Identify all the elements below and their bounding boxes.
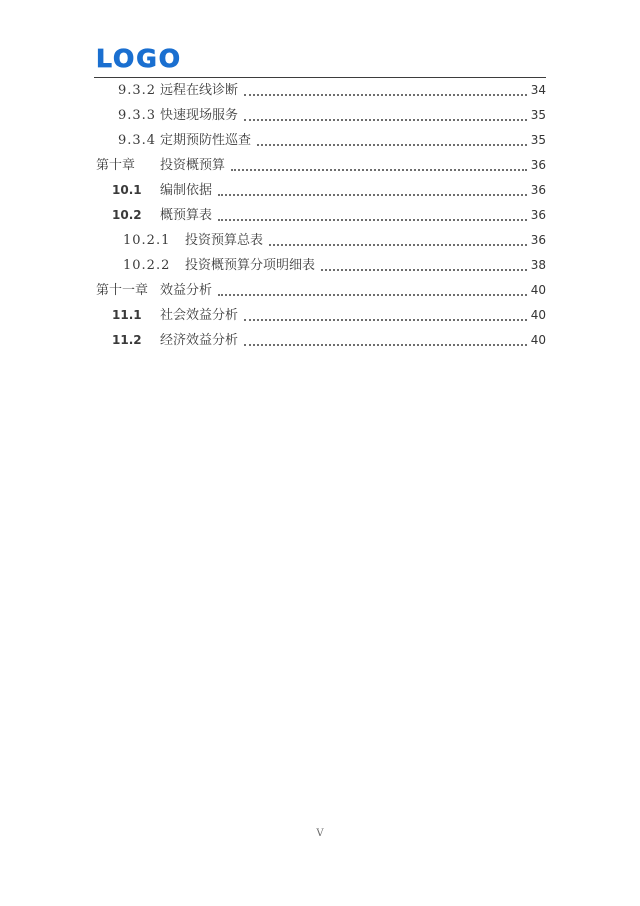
toc-entry-number: 11.1 [112, 303, 160, 328]
dot-leader [218, 210, 527, 221]
toc-entry[interactable]: 第十章 投资概预算 36 [94, 153, 546, 178]
toc-entry[interactable]: 第十一章 效益分析 40 [94, 278, 546, 303]
toc-entry-number: 11.2 [112, 328, 160, 353]
toc-entry-title: 投资概预算 [160, 153, 225, 178]
dot-leader [321, 260, 527, 271]
toc-entry-number: 10.2.2 [123, 253, 185, 278]
toc-entry-page: 40 [531, 303, 546, 328]
toc-entry-page: 35 [531, 128, 546, 153]
toc-entry[interactable]: 10.2 概预算表 36 [94, 203, 546, 228]
toc-entry-page: 40 [531, 328, 546, 353]
toc-entry-title: 经济效益分析 [160, 328, 238, 353]
toc-entry-title: 投资预算总表 [185, 228, 263, 253]
toc-entry-number: 10.1 [112, 178, 160, 203]
toc-entry-page: 35 [531, 103, 546, 128]
toc-entry-title: 效益分析 [160, 278, 212, 303]
page-number: V [316, 828, 323, 839]
toc-entry-title: 概预算表 [160, 203, 212, 228]
dot-leader [244, 335, 527, 346]
table-of-contents: 9.3.2 远程在线诊断 34 9.3.3 快速现场服务 35 9.3.4 定期… [94, 78, 546, 353]
toc-entry-page: 40 [531, 278, 546, 303]
toc-entry[interactable]: 10.2.2 投资概预算分项明细表 38 [94, 253, 546, 278]
toc-entry-page: 38 [531, 253, 546, 278]
dot-leader [244, 110, 527, 121]
toc-entry-page: 34 [531, 78, 546, 103]
toc-entry[interactable]: 9.3.4 定期预防性巡查 35 [94, 128, 546, 153]
toc-entry-page: 36 [531, 203, 546, 228]
toc-entry-number: 9.3.2 [118, 78, 160, 103]
toc-entry-title: 投资概预算分项明细表 [185, 253, 315, 278]
toc-entry[interactable]: 9.3.3 快速现场服务 35 [94, 103, 546, 128]
toc-entry[interactable]: 11.2 经济效益分析 40 [94, 328, 546, 353]
dot-leader [218, 285, 527, 296]
toc-entry-number: 9.3.4 [118, 128, 160, 153]
dot-leader [218, 185, 527, 196]
toc-entry-number: 10.2 [112, 203, 160, 228]
toc-entry-number: 10.2.1 [123, 228, 185, 253]
toc-entry[interactable]: 11.1 社会效益分析 40 [94, 303, 546, 328]
toc-entry-number: 第十一章 [96, 278, 160, 303]
toc-entry[interactable]: 9.3.2 远程在线诊断 34 [94, 78, 546, 103]
toc-entry[interactable]: 10.1 编制依据 36 [94, 178, 546, 203]
toc-entry-page: 36 [531, 178, 546, 203]
toc-entry-number: 9.3.3 [118, 103, 160, 128]
toc-entry-title: 定期预防性巡查 [160, 128, 251, 153]
page-footer: V [0, 828, 640, 839]
dot-leader [257, 135, 527, 146]
dot-leader [231, 160, 527, 171]
dot-leader [244, 310, 527, 321]
toc-entry-title: 编制依据 [160, 178, 212, 203]
document-page: LOGO 9.3.2 远程在线诊断 34 9.3.3 快速现场服务 35 9.3… [0, 0, 640, 906]
toc-entry-title: 快速现场服务 [160, 103, 238, 128]
toc-entry[interactable]: 10.2.1 投资预算总表 36 [94, 228, 546, 253]
dot-leader [244, 85, 527, 96]
toc-entry-title: 远程在线诊断 [160, 78, 238, 103]
toc-entry-page: 36 [531, 228, 546, 253]
toc-entry-number: 第十章 [96, 153, 160, 178]
toc-entry-page: 36 [531, 153, 546, 178]
dot-leader [269, 235, 527, 246]
toc-entry-title: 社会效益分析 [160, 303, 238, 328]
logo: LOGO [96, 46, 182, 72]
